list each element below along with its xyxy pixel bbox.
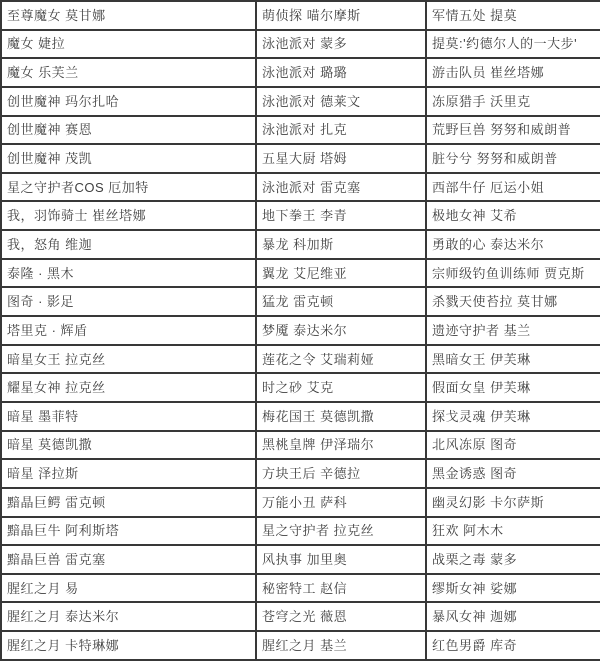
table-row: 暗星 莫德凯撒黑桃皇牌 伊泽瑞尔北风冻原 图奇 bbox=[1, 431, 600, 460]
table-cell: 魔女 乐芙兰 bbox=[1, 58, 256, 87]
table-cell: 腥红之月 泰达米尔 bbox=[1, 602, 256, 631]
table-cell: 黯晶巨鳄 雷克顿 bbox=[1, 488, 256, 517]
table-row: 黯晶巨牛 阿利斯塔星之守护者 拉克丝狂欢 阿木木 bbox=[1, 517, 600, 546]
table-cell: 塔里克 · 辉盾 bbox=[1, 316, 256, 345]
table-cell: 暗星 莫德凯撒 bbox=[1, 431, 256, 460]
table-cell: 秘密特工 赵信 bbox=[256, 574, 426, 603]
table-cell: 泳池派对 璐璐 bbox=[256, 58, 426, 87]
table-cell: 红色男爵 库奇 bbox=[426, 631, 600, 660]
table-cell: 黯晶巨兽 雷克塞 bbox=[1, 545, 256, 574]
table-cell: 北风冻原 图奇 bbox=[426, 431, 600, 460]
table-row: 塔里克 · 辉盾梦魇 泰达米尔遗迹守护者 基兰 bbox=[1, 316, 600, 345]
table-cell: 猛龙 雷克顿 bbox=[256, 287, 426, 316]
table-cell: 狂欢 阿木木 bbox=[426, 517, 600, 546]
table-cell: 创世魔神 玛尔扎哈 bbox=[1, 87, 256, 116]
table-cell: 杀戮天使苔拉 莫甘娜 bbox=[426, 287, 600, 316]
table-cell: 游击队员 崔丝塔娜 bbox=[426, 58, 600, 87]
table-row: 创世魔神 茂凯五星大厨 塔姆脏兮兮 努努和威朗普 bbox=[1, 144, 600, 173]
table-cell: 耀星女神 拉克丝 bbox=[1, 373, 256, 402]
table-cell: 泳池派对 扎克 bbox=[256, 116, 426, 145]
table-cell: 创世魔神 茂凯 bbox=[1, 144, 256, 173]
table-cell: 五星大厨 塔姆 bbox=[256, 144, 426, 173]
table-cell: 脏兮兮 努努和威朗普 bbox=[426, 144, 600, 173]
table-cell: 梦魇 泰达米尔 bbox=[256, 316, 426, 345]
skin-table: 至尊魔女 莫甘娜萌侦探 喵尔摩斯军情五处 提莫魔女 婕拉泳池派对 蒙多提莫:'约… bbox=[0, 0, 600, 661]
table-row: 我，怒角 维迦暴龙 科加斯勇敢的心 泰达米尔 bbox=[1, 230, 600, 259]
table-cell: 方块王后 辛德拉 bbox=[256, 459, 426, 488]
table-cell: 幽灵幻影 卡尔萨斯 bbox=[426, 488, 600, 517]
table-row: 魔女 乐芙兰泳池派对 璐璐游击队员 崔丝塔娜 bbox=[1, 58, 600, 87]
skin-list-screenshot: 至尊魔女 莫甘娜萌侦探 喵尔摩斯军情五处 提莫魔女 婕拉泳池派对 蒙多提莫:'约… bbox=[0, 0, 600, 661]
table-cell: 黑暗女王 伊芙琳 bbox=[426, 345, 600, 374]
table-cell: 至尊魔女 莫甘娜 bbox=[1, 1, 256, 30]
skin-table-body: 至尊魔女 莫甘娜萌侦探 喵尔摩斯军情五处 提莫魔女 婕拉泳池派对 蒙多提莫:'约… bbox=[1, 1, 600, 660]
table-row: 黯晶巨鳄 雷克顿万能小丑 萨科幽灵幻影 卡尔萨斯 bbox=[1, 488, 600, 517]
table-cell: 萌侦探 喵尔摩斯 bbox=[256, 1, 426, 30]
table-row: 耀星女神 拉克丝时之砂 艾克假面女皇 伊芙琳 bbox=[1, 373, 600, 402]
table-row: 暗星女王 拉克丝莲花之令 艾瑞莉娅黑暗女王 伊芙琳 bbox=[1, 345, 600, 374]
table-cell: 苍穹之光 薇恩 bbox=[256, 602, 426, 631]
table-cell: 假面女皇 伊芙琳 bbox=[426, 373, 600, 402]
table-row: 创世魔神 赛恩泳池派对 扎克荒野巨兽 努努和威朗普 bbox=[1, 116, 600, 145]
table-row: 暗星 泽拉斯方块王后 辛德拉黑金诱惑 图奇 bbox=[1, 459, 600, 488]
table-cell: 荒野巨兽 努努和威朗普 bbox=[426, 116, 600, 145]
table-cell: 腥红之月 卡特琳娜 bbox=[1, 631, 256, 660]
table-cell: 黑桃皇牌 伊泽瑞尔 bbox=[256, 431, 426, 460]
table-row: 泰隆 · 黑木翼龙 艾尼维亚宗师级钓鱼训练师 贾克斯 bbox=[1, 259, 600, 288]
table-cell: 暴龙 科加斯 bbox=[256, 230, 426, 259]
table-cell: 遗迹守护者 基兰 bbox=[426, 316, 600, 345]
table-cell: 星之守护者 拉克丝 bbox=[256, 517, 426, 546]
table-cell: 莲花之令 艾瑞莉娅 bbox=[256, 345, 426, 374]
table-cell: 万能小丑 萨科 bbox=[256, 488, 426, 517]
table-cell: 腥红之月 易 bbox=[1, 574, 256, 603]
table-cell: 翼龙 艾尼维亚 bbox=[256, 259, 426, 288]
table-cell: 泰隆 · 黑木 bbox=[1, 259, 256, 288]
table-cell: 探戈灵魂 伊芙琳 bbox=[426, 402, 600, 431]
table-row: 腥红之月 易秘密特工 赵信缪斯女神 娑娜 bbox=[1, 574, 600, 603]
table-cell: 西部牛仔 厄运小姐 bbox=[426, 173, 600, 202]
table-cell: 腥红之月 基兰 bbox=[256, 631, 426, 660]
table-cell: 泳池派对 德莱文 bbox=[256, 87, 426, 116]
table-cell: 极地女神 艾希 bbox=[426, 201, 600, 230]
table-row: 创世魔神 玛尔扎哈泳池派对 德莱文冻原猎手 沃里克 bbox=[1, 87, 600, 116]
table-cell: 军情五处 提莫 bbox=[426, 1, 600, 30]
table-cell: 冻原猎手 沃里克 bbox=[426, 87, 600, 116]
table-cell: 图奇 · 影足 bbox=[1, 287, 256, 316]
table-cell: 地下拳王 李青 bbox=[256, 201, 426, 230]
table-row: 图奇 · 影足猛龙 雷克顿杀戮天使苔拉 莫甘娜 bbox=[1, 287, 600, 316]
table-cell: 黑金诱惑 图奇 bbox=[426, 459, 600, 488]
table-row: 腥红之月 泰达米尔苍穹之光 薇恩暴风女神 迦娜 bbox=[1, 602, 600, 631]
table-cell: 勇敢的心 泰达米尔 bbox=[426, 230, 600, 259]
table-cell: 我，羽饰骑士 崔丝塔娜 bbox=[1, 201, 256, 230]
table-cell: 提莫:'约德尔人的一大步' bbox=[426, 30, 600, 59]
table-cell: 创世魔神 赛恩 bbox=[1, 116, 256, 145]
table-cell: 暗星 墨菲特 bbox=[1, 402, 256, 431]
table-cell: 暴风女神 迦娜 bbox=[426, 602, 600, 631]
table-cell: 魔女 婕拉 bbox=[1, 30, 256, 59]
table-cell: 星之守护者COS 厄加特 bbox=[1, 173, 256, 202]
table-cell: 时之砂 艾克 bbox=[256, 373, 426, 402]
table-cell: 泳池派对 雷克塞 bbox=[256, 173, 426, 202]
table-cell: 缪斯女神 娑娜 bbox=[426, 574, 600, 603]
table-row: 至尊魔女 莫甘娜萌侦探 喵尔摩斯军情五处 提莫 bbox=[1, 1, 600, 30]
table-cell: 暗星 泽拉斯 bbox=[1, 459, 256, 488]
table-cell: 梅花国王 莫德凯撒 bbox=[256, 402, 426, 431]
table-cell: 泳池派对 蒙多 bbox=[256, 30, 426, 59]
table-row: 暗星 墨菲特梅花国王 莫德凯撒探戈灵魂 伊芙琳 bbox=[1, 402, 600, 431]
table-row: 星之守护者COS 厄加特泳池派对 雷克塞西部牛仔 厄运小姐 bbox=[1, 173, 600, 202]
table-cell: 战栗之毒 蒙多 bbox=[426, 545, 600, 574]
table-cell: 我，怒角 维迦 bbox=[1, 230, 256, 259]
table-cell: 暗星女王 拉克丝 bbox=[1, 345, 256, 374]
table-row: 腥红之月 卡特琳娜腥红之月 基兰红色男爵 库奇 bbox=[1, 631, 600, 660]
table-cell: 宗师级钓鱼训练师 贾克斯 bbox=[426, 259, 600, 288]
table-row: 黯晶巨兽 雷克塞风执事 加里奥战栗之毒 蒙多 bbox=[1, 545, 600, 574]
table-cell: 风执事 加里奥 bbox=[256, 545, 426, 574]
table-row: 我，羽饰骑士 崔丝塔娜地下拳王 李青极地女神 艾希 bbox=[1, 201, 600, 230]
table-cell: 黯晶巨牛 阿利斯塔 bbox=[1, 517, 256, 546]
table-row: 魔女 婕拉泳池派对 蒙多提莫:'约德尔人的一大步' bbox=[1, 30, 600, 59]
